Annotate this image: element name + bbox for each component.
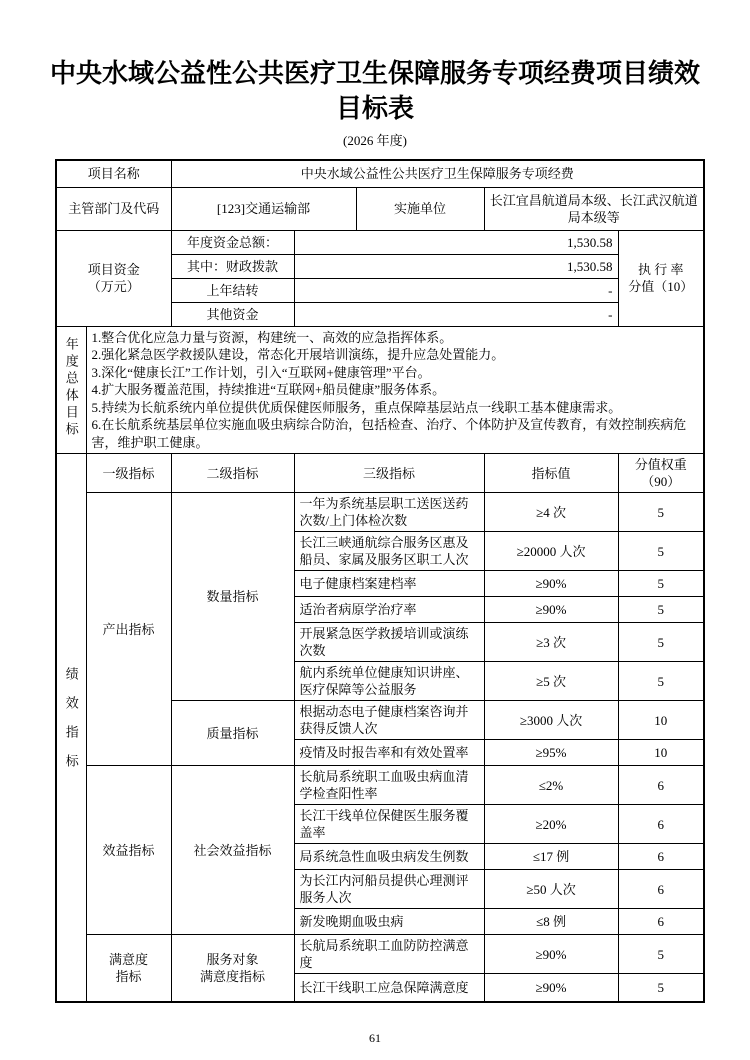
header-value: 指标值: [484, 454, 618, 493]
indicator-l3-cell: 根据动态电子健康档案咨询并获得反馈人次: [294, 701, 484, 740]
indicator-l3-cell: 长江干线职工应急保障满意度: [294, 974, 484, 1002]
project-name-row: 项目名称 中央水域公益性公共医疗卫生保障服务专项经费: [56, 160, 704, 187]
indicator-l3-cell: 疫情及时报告率和有效处置率: [294, 740, 484, 766]
performance-target-table: 项目名称 中央水域公益性公共医疗卫生保障服务专项经费 主管部门及代码 [123]…: [55, 159, 705, 1003]
goal-item: 2.强化紧急医学救援队建设，常态化开展培训演练，提升应急处置能力。: [92, 346, 701, 364]
indicator-value-cell: ≥95%: [484, 740, 618, 766]
indicator-l3-cell: 航内系统单位健康知识讲座、医疗保障等公益服务: [294, 662, 484, 701]
fund-label-carryover: 上年结转: [171, 278, 294, 302]
indicator-l3-cell: 开展紧急医学救援培训或演练次数: [294, 623, 484, 662]
indicator-l3-cell: 长航局系统职工血防防控满意度: [294, 935, 484, 974]
annual-goal-content: 1.整合优化应急力量与资源，构建统一、高效的应急指挥体系。 2.强化紧急医学救援…: [86, 326, 704, 454]
indicator-weight-cell: 5: [618, 532, 704, 571]
fund-label-other: 其他资金: [171, 302, 294, 326]
indicator-value-cell: ≥50 人次: [484, 870, 618, 909]
indicator-weight-cell: 5: [618, 974, 704, 1002]
fund-value-total: 1,530.58: [294, 230, 618, 254]
indicator-weight-cell: 6: [618, 909, 704, 935]
goal-item: 5.持续为长航系统内单位提供优质保健医师服务，重点保障基层站点一线职工基本健康需…: [92, 399, 701, 417]
indicator-row: 满意度 指标 服务对象 满意度指标 长航局系统职工血防防控满意度 ≥90% 5: [56, 935, 704, 974]
fund-value-fiscal: 1,530.58: [294, 254, 618, 278]
goal-item: 3.深化“健康长江”工作计划，引入“互联网+健康管理”平台。: [92, 364, 701, 382]
document-page: { "title": "中央水域公益性公共医疗卫生保障服务专项经费项目绩效目标表…: [0, 0, 750, 1060]
fund-label-total: 年度资金总额：: [171, 230, 294, 254]
level1-output: 产出指标: [86, 493, 171, 766]
page-title: 中央水域公益性公共医疗卫生保障服务专项经费项目绩效目标表: [39, 56, 711, 126]
indicator-weight-cell: 5: [618, 935, 704, 974]
indicator-l3-cell: 为长江内河船员提供心理测评服务人次: [294, 870, 484, 909]
indicator-value-cell: ≥20%: [484, 805, 618, 844]
indicator-weight-cell: 5: [618, 623, 704, 662]
annual-goal-label-text: 年度总体目标: [63, 337, 80, 439]
indicator-l3-cell: 适治者病原学治疗率: [294, 597, 484, 623]
level2-quality: 质量指标: [171, 701, 294, 766]
indicator-weight-cell: 5: [618, 597, 704, 623]
indicator-value-cell: ≥90%: [484, 571, 618, 597]
indicator-value-cell: ≥90%: [484, 597, 618, 623]
indicator-section-label: 绩效指标: [56, 454, 86, 1002]
annual-goal-row: 年度总体目标 1.整合优化应急力量与资源，构建统一、高效的应急指挥体系。 2.强…: [56, 326, 704, 454]
header-level2: 二级指标: [171, 454, 294, 493]
indicator-weight-cell: 10: [618, 701, 704, 740]
indicator-section-label-text: 绩效指标: [63, 667, 80, 783]
indicator-l3-cell: 电子健康档案建档率: [294, 571, 484, 597]
level2-quantity: 数量指标: [171, 493, 294, 701]
indicator-weight-cell: 5: [618, 571, 704, 597]
level2-social: 社会效益指标: [171, 766, 294, 935]
exec-rate-label: 执 行 率 分值（10）: [618, 230, 704, 326]
fund-section-label: 项目资金 （万元）: [56, 230, 171, 326]
project-name-value: 中央水域公益性公共医疗卫生保障服务专项经费: [171, 160, 704, 187]
fund-row: 项目资金 （万元） 年度资金总额： 1,530.58 执 行 率 分值（10）: [56, 230, 704, 254]
level2-service-satisfaction: 服务对象 满意度指标: [171, 935, 294, 1002]
indicator-weight-cell: 10: [618, 740, 704, 766]
department-label: 主管部门及代码: [56, 187, 171, 230]
indicator-weight-cell: 6: [618, 805, 704, 844]
goal-item: 1.整合优化应急力量与资源，构建统一、高效的应急指挥体系。: [92, 329, 701, 347]
indicator-value-cell: ≤17 例: [484, 844, 618, 870]
indicator-row: 效益指标 社会效益指标 长航局系统职工血吸虫病血清学检查阳性率 ≤2% 6: [56, 766, 704, 805]
indicator-value-cell: ≥90%: [484, 974, 618, 1002]
level1-benefit: 效益指标: [86, 766, 171, 935]
indicator-weight-cell: 6: [618, 766, 704, 805]
indicator-weight-cell: 6: [618, 844, 704, 870]
page-number: 61: [0, 1031, 750, 1046]
indicator-row: 产出指标 数量指标 一年为系统基层职工送医送药次数/上门体检次数 ≥4 次 5: [56, 493, 704, 532]
indicator-header-row: 绩效指标 一级指标 二级指标 三级指标 指标值 分值权重 （90）: [56, 454, 704, 493]
header-weight: 分值权重 （90）: [618, 454, 704, 493]
level1-satisfaction: 满意度 指标: [86, 935, 171, 1002]
indicator-value-cell: ≤2%: [484, 766, 618, 805]
indicator-l3-cell: 长江干线单位保健医生服务覆盖率: [294, 805, 484, 844]
indicator-value-cell: ≥4 次: [484, 493, 618, 532]
page-subtitle: (2026 年度): [0, 130, 750, 149]
indicator-l3-cell: 局系统急性血吸虫病发生例数: [294, 844, 484, 870]
indicator-value-cell: ≥90%: [484, 935, 618, 974]
goal-item: 6.在长航系统基层单位实施血吸虫病综合防治，包括检查、治疗、个体防护及宣传教育，…: [92, 416, 701, 451]
indicator-l3-cell: 长航局系统职工血吸虫病血清学检查阳性率: [294, 766, 484, 805]
indicator-weight-cell: 5: [618, 493, 704, 532]
project-name-label: 项目名称: [56, 160, 171, 187]
goal-item: 4.扩大服务覆盖范围，持续推进“互联网+船员健康”服务体系。: [92, 381, 701, 399]
department-row: 主管部门及代码 [123]交通运输部 实施单位 长江宜昌航道局本级、长江武汉航道…: [56, 187, 704, 230]
annual-goal-label: 年度总体目标: [56, 326, 86, 454]
indicator-l3-cell: 新发晚期血吸虫病: [294, 909, 484, 935]
indicator-l3-cell: 一年为系统基层职工送医送药次数/上门体检次数: [294, 493, 484, 532]
indicator-l3-cell: 长江三峡通航综合服务区惠及船员、家属及服务区职工人次: [294, 532, 484, 571]
indicator-value-cell: ≥20000 人次: [484, 532, 618, 571]
fund-value-carryover: -: [294, 278, 618, 302]
indicator-value-cell: ≥3 次: [484, 623, 618, 662]
fund-value-other: -: [294, 302, 618, 326]
indicator-value-cell: ≥5 次: [484, 662, 618, 701]
header-level1: 一级指标: [86, 454, 171, 493]
fund-label-fiscal: 其中：财政拨款: [171, 254, 294, 278]
indicator-weight-cell: 6: [618, 870, 704, 909]
indicator-value-cell: ≥3000 人次: [484, 701, 618, 740]
header-level3: 三级指标: [294, 454, 484, 493]
indicator-weight-cell: 5: [618, 662, 704, 701]
impl-unit-label: 实施单位: [356, 187, 484, 230]
impl-unit-value: 长江宜昌航道局本级、长江武汉航道局本级等: [484, 187, 704, 230]
indicator-value-cell: ≤8 例: [484, 909, 618, 935]
department-value: [123]交通运输部: [171, 187, 356, 230]
